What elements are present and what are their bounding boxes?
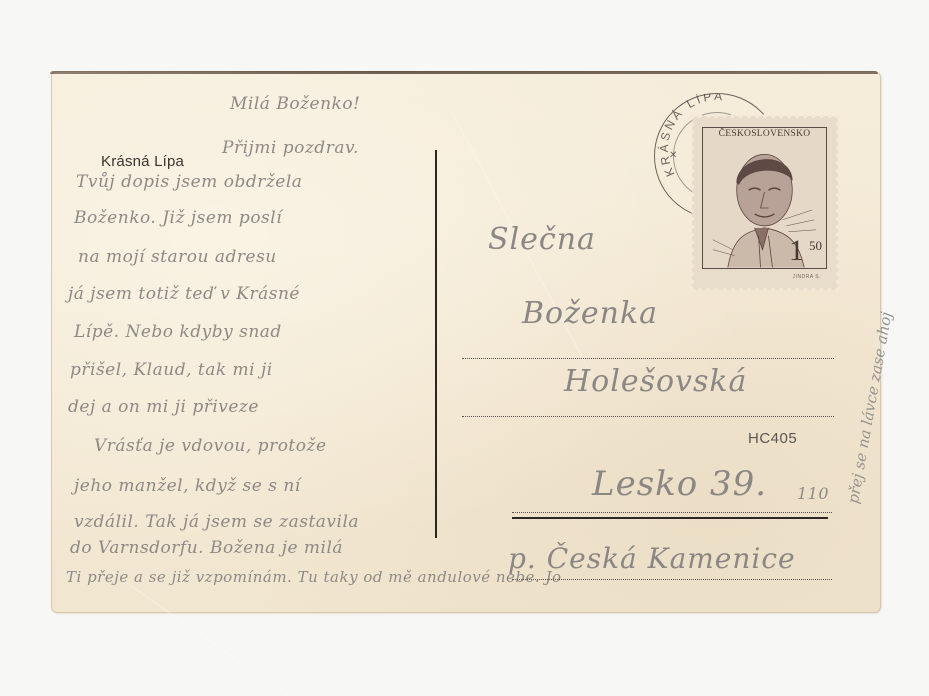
margin-note: přej se na lávce zase ahoj [844, 310, 896, 505]
stamp-value-main: 1 [789, 236, 804, 266]
address-line-text: Lesko 39. [592, 464, 767, 504]
address-line [462, 416, 834, 417]
message-line: vzdálil. Tak já jsem se zastavila [74, 512, 359, 532]
address-line-text: p. Česká Kamenice [508, 542, 796, 575]
address-line [512, 579, 832, 580]
address-line [512, 512, 832, 513]
paper-crease [112, 572, 293, 696]
address-line-text: Holešovská [564, 364, 747, 399]
message-line: Milá Boženko! [230, 94, 360, 114]
message-line: do Varnsdorfu. Božena je milá [70, 538, 343, 558]
stamp-country: ČESKOSLOVENSKO [703, 129, 826, 139]
message-line: Boženko. Již jsem poslí [74, 208, 282, 228]
message-line: já jsem totiž teď v Krásné [68, 284, 300, 304]
stamp-portrait [703, 140, 826, 269]
message-line: dej a on mi ji přiveze [68, 397, 259, 417]
message-line: jeho manžel, když se s ní [74, 476, 301, 496]
stamp-frame: ČESKOSLOVENSKO 1 50 [702, 127, 827, 269]
postcard-back: Krásná Lípa Milá Boženko! Přijmi pozdrav… [52, 72, 880, 612]
message-line: Vrásťa je vdovou, protože [94, 436, 327, 456]
place-label: Krásná Lípa [101, 153, 184, 170]
stamp-engraver: JINDRA S. [793, 274, 821, 280]
svg-text:✕: ✕ [669, 150, 677, 161]
stamp-value-fraction: 50 [809, 238, 822, 254]
message-line: Přijmi pozdrav. [222, 138, 359, 158]
message-line: přišel, Klaud, tak mi ji [70, 360, 273, 380]
archive-note: HC405 [748, 430, 797, 447]
address-line-text: Boženka [522, 296, 658, 331]
house-number-suffix: 110 [797, 484, 829, 503]
postage-stamp: ČESKOSLOVENSKO 1 50 JINDRA S. [695, 119, 835, 287]
vertical-divider [435, 150, 437, 538]
message-line: na mojí starou adresu [78, 247, 277, 267]
address-line-text: Slečna [488, 222, 596, 257]
message-line: Ti přeje a se již vzpomínám. Tu taky od … [66, 568, 562, 586]
address-underline [512, 517, 828, 519]
message-line: Lípě. Nebo kdyby snad [74, 322, 282, 342]
address-line [462, 358, 834, 359]
message-line: Tvůj dopis jsem obdržela [76, 172, 302, 192]
